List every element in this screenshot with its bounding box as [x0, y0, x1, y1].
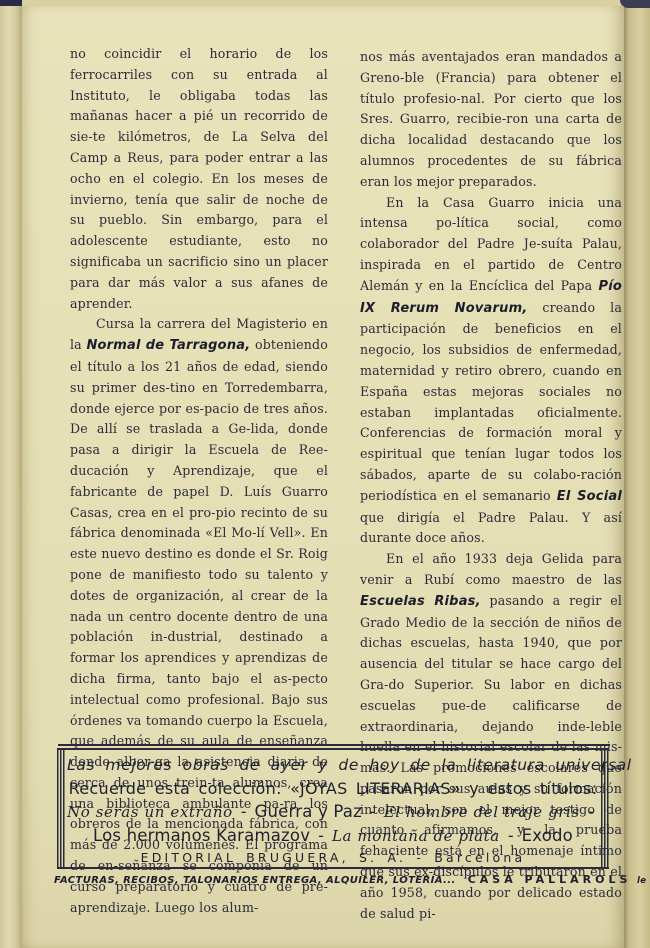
footer-company: CASA PALLAROLS: [468, 873, 632, 886]
ad-titles-row-2: Los hermanos Karamazov-La montaña de pla…: [67, 824, 599, 848]
book-cover-corner-right: [620, 0, 650, 8]
paragraph-text: que dirigía el Padre Palau. Y así durant…: [360, 510, 622, 546]
title-separator: -: [318, 826, 324, 845]
book-title: Los hermanos Karamazov: [93, 826, 310, 845]
paragraph-grenoble: nos más aventajados eran mandados a Gren…: [360, 47, 622, 193]
advertisement-content: Las mejores obras de ayer y de hoy de la…: [67, 754, 599, 868]
highlight-escuelas-ribas: Escuelas Ribas,: [360, 594, 481, 609]
book-right-edge: [624, 0, 650, 948]
border-bars-left: [57, 748, 65, 869]
book-title: No serás un extraño: [67, 803, 233, 821]
paragraph-text: creando la participación de beneficios e…: [360, 300, 622, 503]
ad-publisher: EDITORIAL BRUGUERA, S. A. - Barcelona: [67, 848, 599, 868]
title-separator: -: [588, 802, 594, 821]
title-separator: -: [241, 802, 247, 821]
book-title: La montaña de plata: [332, 827, 500, 845]
highlight-normal-tarragona: Normal de Tarragona,: [86, 338, 250, 353]
ad-headline: Las mejores obras de ayer y de hoy de la…: [67, 754, 599, 777]
footer-tagline: le enviará muestras y precios: [637, 876, 650, 886]
title-separator: -: [370, 802, 376, 821]
ad-titles-row-1: No serás un extraño-Guerra y Paz-El homb…: [67, 800, 599, 824]
paragraph-social-policy: En la Casa Guarro inicia una intensa po-…: [360, 193, 622, 550]
paragraph-school-commute: no coincidir el horario de los ferrocarr…: [70, 44, 328, 314]
footer-services: FACTURAS, RECIBOS, TALONARIOS ENTREGA, A…: [54, 875, 456, 886]
book-cover-corner: [0, 0, 22, 6]
footer-advert: FACTURAS, RECIBOS, TALONARIOS ENTREGA, A…: [54, 873, 614, 886]
book-title: Exodo: [522, 826, 573, 845]
ad-collection-line: Recuerde esta colección: «JOYAS LITERARI…: [67, 777, 599, 800]
book-title: Guerra y Paz: [255, 802, 362, 821]
title-separator: -: [508, 826, 514, 845]
book-title: El hombre del traje gris: [384, 803, 580, 821]
book-left-edge: [0, 0, 22, 948]
highlight-el-social: El Social: [557, 489, 622, 504]
paragraph-text: En la Casa Guarro inicia una intensa po-…: [360, 195, 622, 293]
divider-rule: [58, 744, 610, 746]
advertisement-box: Las mejores obras de ayer y de hoy de la…: [57, 748, 609, 869]
paragraph-text: En el año 1933 deja Gelida para venir a …: [360, 551, 622, 587]
